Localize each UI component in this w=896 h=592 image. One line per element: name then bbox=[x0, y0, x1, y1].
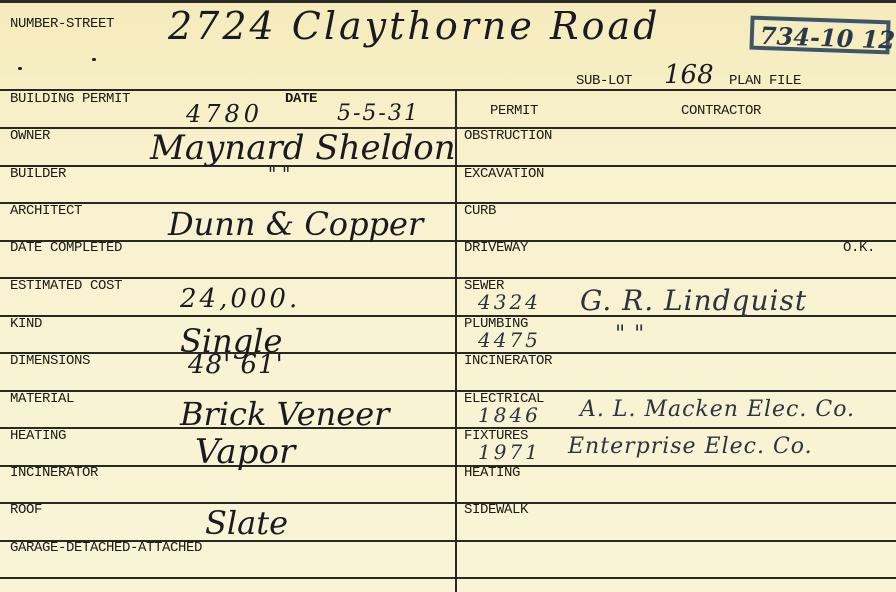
field-label-dimensions: DIMENSIONS bbox=[10, 353, 90, 369]
permit-number: 4475 bbox=[478, 328, 541, 352]
field-label-estimated-cost: ESTIMATED COST bbox=[10, 278, 122, 294]
field-value-material: Brick Veneer bbox=[180, 395, 389, 433]
field-label-roof: ROOF bbox=[10, 502, 42, 518]
date-label: DATE bbox=[285, 91, 317, 107]
stamp-box: 734-10 12 bbox=[749, 16, 890, 55]
field-label-material: MATERIAL bbox=[10, 391, 74, 407]
permit-label-obstruction: OBSTRUCTION bbox=[464, 128, 552, 144]
contractor-name: A. L. Macken Elec. Co. bbox=[580, 397, 855, 422]
address-value: 2724 Claythorne Road bbox=[168, 4, 660, 48]
rule-line bbox=[0, 577, 896, 579]
rule-line bbox=[0, 277, 896, 279]
rule-line bbox=[0, 89, 896, 91]
field-label-architect: ARCHITECT bbox=[10, 203, 82, 219]
top-edge bbox=[0, 0, 896, 3]
sub-lot-value: 168 bbox=[664, 60, 714, 90]
contractor-header: CONTRACTOR bbox=[681, 103, 761, 119]
field-label-garage-detached-attached: GARAGE-DETACHED-ATTACHED bbox=[10, 540, 202, 556]
field-label-kind: KIND bbox=[10, 316, 42, 332]
contractor-name: O.K. bbox=[843, 240, 875, 256]
field-label-heating: HEATING bbox=[10, 428, 66, 444]
permit-number: 1971 bbox=[478, 440, 541, 464]
permit-number: 4324 bbox=[478, 290, 541, 314]
field-label-incinerator: INCINERATOR bbox=[10, 465, 98, 481]
permit-label-heating: HEATING bbox=[464, 465, 520, 481]
rule-line bbox=[0, 465, 896, 467]
permit-number: 1846 bbox=[478, 403, 541, 427]
contractor-name: G. R. Lindquist bbox=[580, 284, 807, 317]
permit-label-curb: CURB bbox=[464, 203, 496, 219]
permit-label-excavation: EXCAVATION bbox=[464, 166, 544, 182]
rule-line bbox=[0, 202, 896, 204]
field-label-owner: OWNER bbox=[10, 128, 50, 144]
field-value-dimensions: 48' 61' bbox=[188, 350, 284, 380]
contractor-name: " " bbox=[615, 322, 645, 347]
rule-line bbox=[0, 240, 896, 242]
field-value-heating: Vapor bbox=[195, 432, 295, 472]
rule-line bbox=[0, 427, 896, 429]
permit-header: PERMIT bbox=[490, 103, 538, 119]
plan-file-label: PLAN FILE bbox=[729, 73, 801, 89]
ink-speck bbox=[92, 58, 96, 61]
contractor-name: Enterprise Elec. Co. bbox=[568, 434, 813, 459]
rule-line bbox=[0, 352, 896, 354]
permit-label-sidewalk: SIDEWALK bbox=[464, 502, 528, 518]
permit-label-driveway: DRIVEWAY bbox=[464, 240, 528, 256]
sub-lot-label: SUB-LOT bbox=[576, 73, 632, 89]
rule-line bbox=[0, 502, 896, 504]
field-value-owner: Maynard Sheldon bbox=[150, 128, 456, 168]
stamp-number: 734-10 12 bbox=[759, 21, 895, 55]
field-value-architect: Dunn & Copper bbox=[168, 205, 423, 243]
rule-line bbox=[0, 390, 896, 392]
field-value-builder: " " bbox=[268, 164, 290, 185]
permit-label-incinerator: INCINERATOR bbox=[464, 353, 552, 369]
ink-speck bbox=[18, 67, 22, 70]
field-label-date-completed: DATE COMPLETED bbox=[10, 240, 122, 256]
field-value-roof: Slate bbox=[205, 504, 288, 542]
field-label-builder: BUILDER bbox=[10, 166, 66, 182]
field-label-building-permit: BUILDING PERMIT bbox=[10, 91, 130, 107]
field-value-building-permit: 4780 bbox=[186, 100, 263, 128]
date-value: 5-5-31 bbox=[337, 101, 420, 126]
permit-card: NUMBER-STREET 2724 Claythorne Road 734-1… bbox=[0, 0, 896, 592]
number-street-label: NUMBER-STREET bbox=[10, 16, 114, 32]
field-value-estimated-cost: 24,000. bbox=[180, 284, 300, 314]
